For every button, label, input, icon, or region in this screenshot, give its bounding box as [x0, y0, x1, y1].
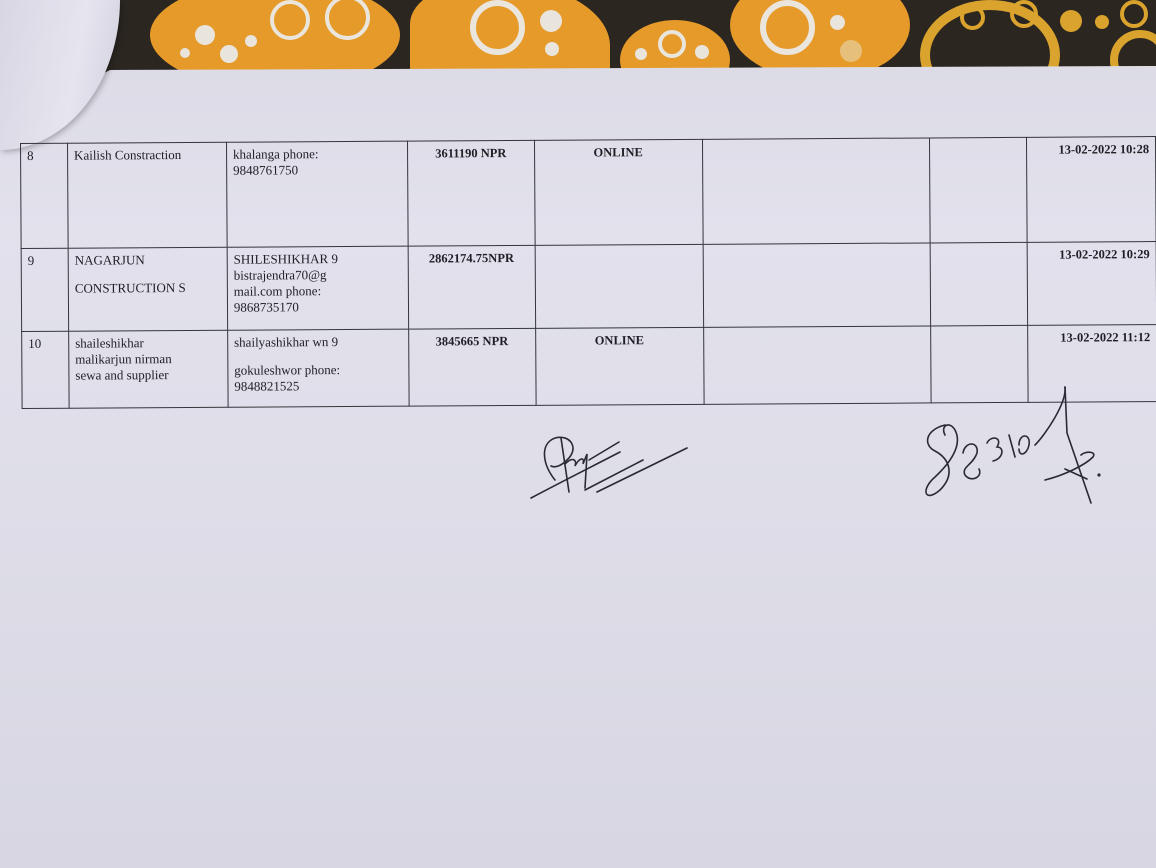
- address-line: khalanga phone:: [233, 146, 401, 163]
- bidder-name-line: NAGARJUN: [75, 252, 221, 269]
- datetime-cell: 13-02-2022 10:29: [1027, 242, 1156, 326]
- address-line: mail.com phone:: [234, 283, 402, 300]
- mode-cell: [535, 244, 703, 328]
- serial-number-cell: 10: [22, 331, 69, 408]
- datetime-cell: 13-02-2022 10:28: [1027, 137, 1156, 243]
- bidder-name-line: sewa and supplier: [75, 367, 221, 384]
- address-line: 9848821525: [234, 378, 402, 395]
- address-line: shailyashikhar wn 9: [234, 334, 402, 351]
- address-line: 9848761750: [233, 162, 401, 179]
- fabric-ring: [960, 5, 985, 30]
- bid-table: 8 Kailish Constraction khalanga phone: 9…: [20, 136, 1156, 409]
- fabric-ring: [470, 0, 525, 55]
- bidder-name-line: Kailish Constraction: [74, 147, 220, 164]
- signature-left-icon: [525, 430, 695, 505]
- address-line: SHILESHIKHAR 9: [234, 251, 402, 268]
- amount-cell: 2862174.75NPR: [408, 245, 535, 329]
- fabric-dot: [830, 15, 845, 30]
- address-cell: khalanga phone: 9848761750: [226, 141, 408, 247]
- fabric-dot: [195, 25, 215, 45]
- bidder-name-cell: Kailish Constraction: [67, 142, 227, 248]
- fabric-dot: [180, 48, 190, 58]
- address-line: bistrajendra70@g: [234, 267, 402, 284]
- address-line: 9868735170: [234, 299, 402, 316]
- bidder-name-line: malikarjun nirman: [75, 351, 221, 368]
- empty-cell: [703, 326, 931, 404]
- fabric-ring: [1010, 0, 1038, 28]
- signature-right-icon: [915, 385, 1115, 510]
- serial-number-cell: 9: [21, 248, 68, 331]
- fabric-dot: [1060, 10, 1082, 32]
- table-row: 8 Kailish Constraction khalanga phone: 9…: [21, 137, 1156, 249]
- amount-cell: 3611190 NPR: [407, 140, 535, 246]
- line-gap: [75, 268, 221, 281]
- bidder-name-line: CONSTRUCTION S: [75, 280, 221, 297]
- serial-number-cell: 8: [21, 143, 69, 248]
- empty-cell: [703, 243, 931, 327]
- fabric-dot: [695, 45, 709, 59]
- bidder-name-cell: shaileshikhar malikarjun nirman sewa and…: [69, 330, 228, 408]
- fabric-ring: [270, 0, 310, 40]
- fabric-dot: [245, 35, 257, 47]
- fabric-dot: [635, 48, 647, 60]
- mode-cell: ONLINE: [534, 139, 702, 245]
- address-cell: shailyashikhar wn 9 gokuleshwor phone: 9…: [228, 329, 409, 407]
- empty-cell: [930, 242, 1027, 326]
- bidder-name-cell: NAGARJUN CONSTRUCTION S: [68, 247, 227, 331]
- fabric-ring: [1120, 0, 1148, 28]
- bidder-name-line: shaileshikhar: [75, 335, 221, 352]
- empty-cell: [702, 138, 930, 244]
- mode-cell: ONLINE: [535, 327, 703, 405]
- empty-cell: [930, 137, 1027, 243]
- address-line: gokuleshwor phone:: [234, 362, 402, 379]
- fabric-ring: [760, 0, 815, 55]
- fabric-ring: [658, 30, 686, 58]
- fabric-dot: [545, 42, 559, 56]
- table-row: 9 NAGARJUN CONSTRUCTION S SHILESHIKHAR 9…: [21, 242, 1156, 332]
- amount-cell: 3845665 NPR: [408, 328, 535, 406]
- fabric-dot: [220, 45, 238, 63]
- fabric-dot: [1095, 15, 1109, 29]
- line-gap: [234, 350, 402, 363]
- address-cell: SHILESHIKHAR 9 bistrajendra70@g mail.com…: [227, 246, 408, 330]
- fabric-dot: [840, 40, 862, 62]
- fabric-dot: [540, 10, 562, 32]
